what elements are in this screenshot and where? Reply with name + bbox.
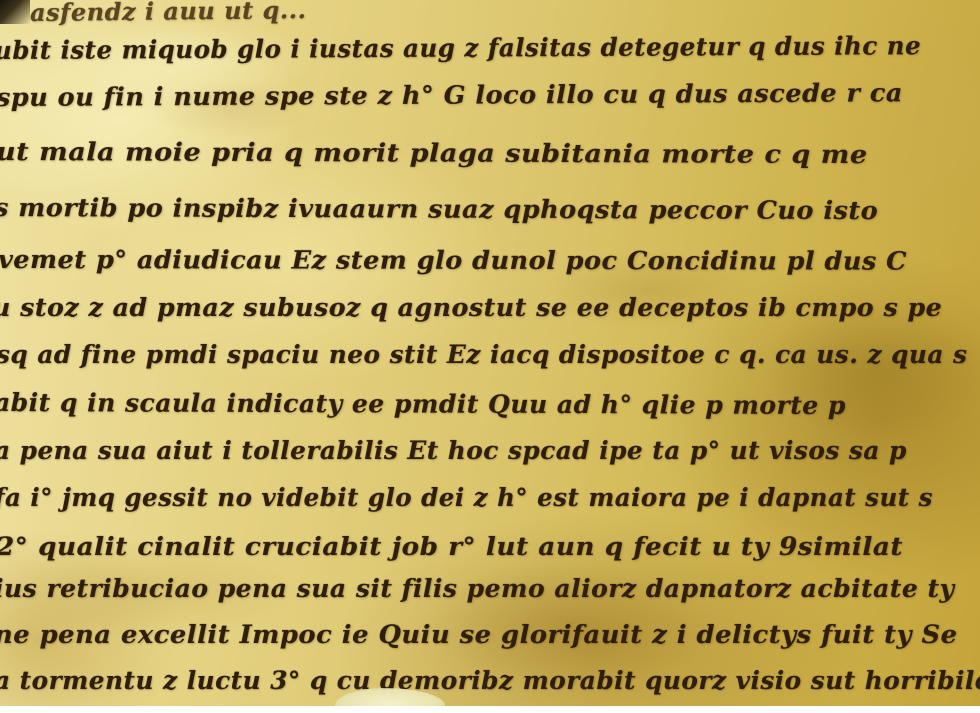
manuscript-photograph: asfendz i auu ut q... ubit iste miquob g… xyxy=(0,0,980,706)
manuscript-line: a tormentu z luctu 3° q cu demoribz mora… xyxy=(0,666,980,695)
manuscript-line: abit q in scaula indicaty ee pmdit Quu a… xyxy=(0,388,846,420)
corner-shadow xyxy=(0,0,30,24)
manuscript-line: a pena sua aiut i tollerabilis Et hoc sp… xyxy=(0,436,907,465)
manuscript-line: ius retribuciao pena sua sit filis pemo … xyxy=(0,574,955,603)
manuscript-line: u stoz z ad pmaz subusoz q agnostut se e… xyxy=(0,293,942,322)
manuscript-line: ubit iste miquob glo i iustas aug z fals… xyxy=(0,31,921,65)
manuscript-line: asfendz i auu ut q... xyxy=(30,0,307,27)
manuscript-line: ut mala moie pria q morit plaga subitani… xyxy=(0,137,868,169)
manuscript-line: ne pena excellit Impoc ie Quiu se glorif… xyxy=(0,620,958,649)
manuscript-line: fa i° jmq gessit no videbit glo dei z h°… xyxy=(0,483,933,512)
manuscript-line: sq ad fine pmdi spaciu neo stit Ez iacq … xyxy=(0,340,967,369)
manuscript-line: 2° qualit cinalit cruciabit job r° lut a… xyxy=(0,532,903,561)
manuscript-line: spu ou fin i nume spe ste z h° G loco il… xyxy=(0,78,903,112)
image-border xyxy=(0,706,980,713)
manuscript-line: vemet p° adiudicau Ez stem glo dunol poc… xyxy=(0,245,907,276)
manuscript-line: s mortib po inspibz ivuaaurn suaz qphoqs… xyxy=(0,193,878,225)
